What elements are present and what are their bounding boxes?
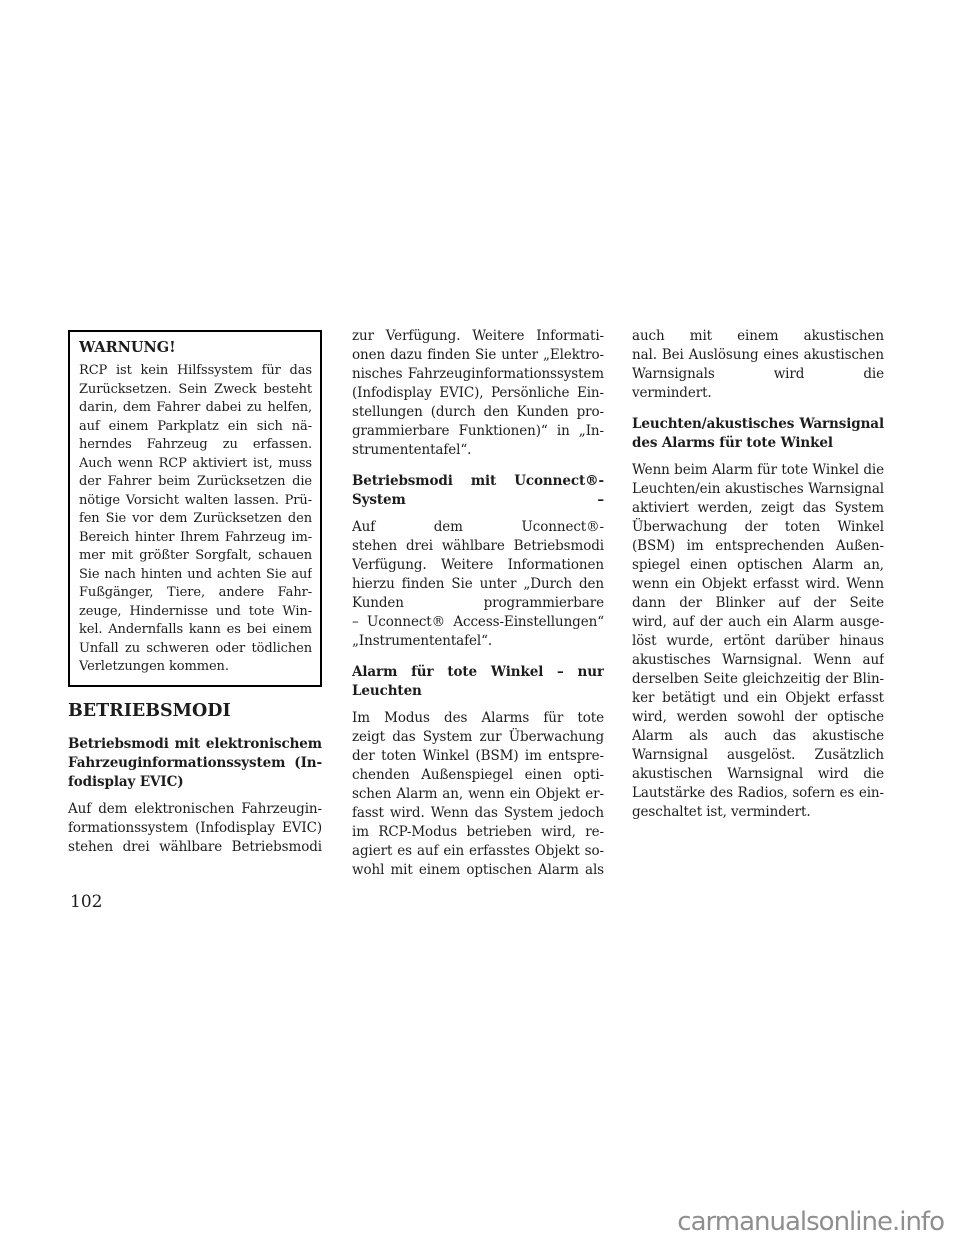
watermark: carmanualsonline.info [677, 1207, 944, 1237]
text-line: Bereich hinter Ihrem Fahrzeug im- [79, 529, 312, 548]
text-line: agiert es auf ein erfasstes Objekt so- [352, 842, 604, 861]
section-heading: BETRIEBSMODI [68, 700, 322, 723]
text-line: nötige Vorsicht walten lassen. Prü- [79, 492, 312, 511]
text-line: fodisplay EVIC) [68, 773, 322, 792]
text-line: Unfall zu schweren oder tödlichen [79, 640, 312, 659]
text-line: Fußgänger, Tiere, andere Fahr- [79, 584, 312, 603]
text-line: Im Modus des Alarms für tote Winkel [352, 709, 604, 728]
paragraph: Wenn beim Alarm für tote Winkel dieLeuch… [632, 461, 884, 822]
text-line: schen Alarm an, wenn ein Objekt er- [352, 785, 604, 804]
text-line: nal. Bei Auslösung eines akustischen [632, 346, 884, 365]
text-line: wird, auf der auch ein Alarm ausge- [632, 613, 884, 632]
text-line: zur Verfügung. Weitere Informati- [352, 327, 604, 346]
text-line: derselben Seite gleichzeitig der Blin- [632, 670, 884, 689]
text-line: mer mit größter Sorgfalt, schauen [79, 547, 312, 566]
text-line: RCP ist kein Hilfssystem für das [79, 362, 312, 381]
text-line: chenden Außenspiegel einen opti- [352, 766, 604, 785]
paragraph: Auf dem elektronischen Fahrzeugin-format… [68, 800, 322, 857]
text-line: ker betätigt und ein Objekt erfasst [632, 689, 884, 708]
text-line: Auf dem Uconnect®-Systembildschirm [352, 518, 604, 537]
text-line: nisches Fahrzeuginformationssystem [352, 365, 604, 384]
text-line: stellungen (durch den Kunden pro- [352, 403, 604, 422]
text-line: onen dazu finden Sie unter „Elektro- [352, 346, 604, 365]
text-line: Überwachung der toten Winkel [632, 518, 884, 537]
text-line: fen Sie vor dem Zurücksetzen den [79, 510, 312, 529]
text-line: kel. Andernfalls kann es bei einem [79, 621, 312, 640]
text-line: Auf dem elektronischen Fahrzeugin- [68, 800, 322, 819]
text-line: „Instrumententafel“. [352, 632, 604, 651]
text-line: Betriebsmodi mit elektronischem [68, 735, 322, 754]
text-line: auf einem Parkplatz ein sich nä- [79, 418, 312, 437]
text-line: – Uconnect® Access-Einstellungen“ in [352, 613, 604, 632]
text-line: auch mit einem akustischen Warnsig- [632, 327, 884, 346]
text-line: stehen drei wählbare Betriebsmodi [68, 838, 322, 857]
text-line: akustischen Warnsignal wird die [632, 765, 884, 784]
column-middle: zur Verfügung. Weitere Informati-onen da… [352, 327, 604, 888]
text-line: grammierbare Funktionen)“ in „In- [352, 422, 604, 441]
text-line: geschaltet ist, vermindert. [632, 803, 884, 822]
text-line: Leuchten [352, 682, 604, 701]
paragraph: Im Modus des Alarms für tote Winkelzeigt… [352, 709, 604, 880]
text-line: Warnsignals wird die Radiolautstärke [632, 365, 884, 384]
text-line: Zurücksetzen. Sein Zweck besteht [79, 381, 312, 400]
text-line: Leuchten/akustisches Warnsignal [632, 415, 884, 434]
text-line: wenn ein Objekt erfasst wird. Wenn [632, 575, 884, 594]
column-left: WARNUNG!RCP ist kein Hilfssystem für das… [68, 330, 322, 865]
sub-heading: Betriebsmodi mit elektronischemFahrzeugi… [68, 735, 322, 792]
text-line: stehen drei wählbare Betriebsmodi zur [352, 537, 604, 556]
text-line: Betriebsmodi mit Uconnect®- [352, 472, 604, 491]
text-line: aktiviert werden, zeigt das System zur [632, 499, 884, 518]
text-line: (Infodisplay EVIC), Persönliche Ein- [352, 384, 604, 403]
text-line: der toten Winkel (BSM) im entspre- [352, 747, 604, 766]
text-line: vermindert. [632, 384, 884, 403]
text-line: im RCP-Modus betrieben wird, re- [352, 823, 604, 842]
text-line: hierzu finden Sie unter „Durch den [352, 575, 604, 594]
text-line: wird, werden sowohl der optische [632, 708, 884, 727]
sub-heading: Betriebsmodi mit Uconnect®-System – (län… [352, 472, 604, 510]
text-line: formationssystem (Infodisplay EVIC) [68, 819, 322, 838]
text-line: akustisches Warnsignal. Wenn auf [632, 651, 884, 670]
text-line: dann der Blinker auf der Seite betätigt [632, 594, 884, 613]
text-line: Fahrzeuginformationssystem (In- [68, 754, 322, 773]
text-line: zeuge, Hindernisse und tote Win- [79, 603, 312, 622]
text-line: herndes Fahrzeug zu erfassen. [79, 436, 312, 455]
manual-page: WARNUNG!RCP ist kein Hilfssystem für das… [0, 0, 960, 1242]
text-line: Alarm als auch das akustische [632, 727, 884, 746]
text-line: fasst wird. Wenn das System jedoch [352, 804, 604, 823]
sub-heading: Alarm für tote Winkel – nurLeuchten [352, 663, 604, 701]
text-line: des Alarms für tote Winkel [632, 434, 884, 453]
paragraph: auch mit einem akustischen Warnsig-nal. … [632, 327, 884, 403]
text-line: Kunden programmierbare Funktionen [352, 594, 604, 613]
text-line: Sie nach hinten und achten Sie auf [79, 566, 312, 585]
text-line: spiegel einen optischen Alarm an, [632, 556, 884, 575]
column-right: auch mit einem akustischen Warnsig-nal. … [632, 327, 884, 830]
text-line: der Fahrer beim Zurücksetzen die [79, 473, 312, 492]
text-line: (BSM) im entsprechenden Außen- [632, 537, 884, 556]
warning-title: WARNUNG! [79, 338, 312, 358]
text-line: Lautstärke des Radios, sofern es ein- [632, 784, 884, 803]
text-line: darin, dem Fahrer dabei zu helfen, [79, 399, 312, 418]
text-line: Auch wenn RCP aktiviert ist, muss [79, 455, 312, 474]
text-line: Verfügung. Weitere Informationen [352, 556, 604, 575]
paragraph: zur Verfügung. Weitere Informati-onen da… [352, 327, 604, 460]
text-line: Wenn beim Alarm für tote Winkel die [632, 461, 884, 480]
text-line: Leuchten/ein akustisches Warnsignal [632, 480, 884, 499]
text-line: System – (länder-/modellabhängig) [352, 491, 604, 510]
text-line: Warnsignal ausgelöst. Zusätzlich zum [632, 746, 884, 765]
text-line: strumententafel“. [352, 441, 604, 460]
text-line: Alarm für tote Winkel – nur [352, 663, 604, 682]
sub-heading: Leuchten/akustisches Warnsignaldes Alarm… [632, 415, 884, 453]
text-line: zeigt das System zur Überwachung [352, 728, 604, 747]
text-line: löst wurde, ertönt darüber hinaus ein [632, 632, 884, 651]
paragraph: Auf dem Uconnect®-Systembildschirmstehen… [352, 518, 604, 651]
warning-box: WARNUNG!RCP ist kein Hilfssystem für das… [68, 330, 322, 687]
page-number: 102 [70, 892, 102, 912]
text-line: BETRIEBSMODI [68, 700, 322, 723]
text-line: wohl mit einem optischen Alarm als [352, 861, 604, 880]
text-line: Verletzungen kommen. [79, 658, 312, 677]
